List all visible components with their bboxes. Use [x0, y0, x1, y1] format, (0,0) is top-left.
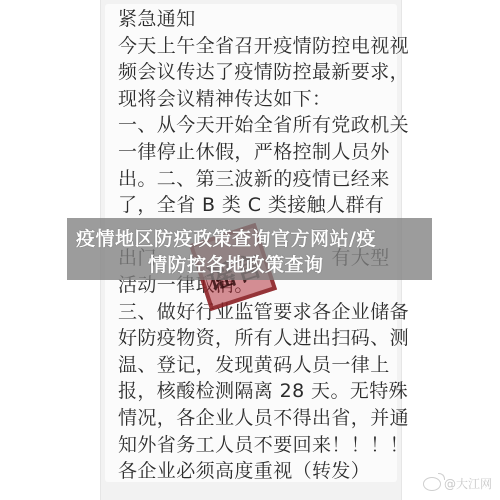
headline-line-2: 情防控各地政策查询	[148, 250, 324, 277]
notice-line: 情况，各企业人员不得出省，并通	[118, 405, 398, 432]
screenshot-stage: 紧急通知 今天上午全省召开疫情防控电视视 频会议传达了疫情防控最新要求， 现将会…	[0, 0, 500, 500]
notice-line: 知外省务工人员不要回来！！！！	[118, 432, 398, 459]
headline-line-1: 疫情地区防疫政策查询官方网站/疫	[76, 224, 376, 251]
notice-line: 现将会议精神传达如下：	[118, 86, 398, 113]
notice-line: 好防疫物资，所有人进出扫码、测	[118, 325, 398, 352]
notice-line: 报，核酸检测隔离 28 天。无特殊	[118, 378, 398, 405]
notice-title: 紧急通知	[118, 6, 398, 33]
watermark-text: @大江网	[444, 475, 492, 492]
weibo-icon	[423, 477, 441, 491]
notice-line: 频会议传达了疫情防控最新要求，	[118, 59, 398, 86]
notice-line: 一律停止休假，严格控制人员外	[118, 139, 398, 166]
notice-line: 出。二、第三波新的疫情已经来	[118, 166, 398, 193]
source-watermark: @大江网	[423, 475, 492, 492]
notice-line: 温、登记，发现黄码人员一律上	[118, 352, 398, 379]
notice-line: 今天上午全省召开疫情防控电视视	[118, 33, 398, 60]
notice-line: 一、从今天开始全省所有党政机关	[118, 112, 398, 139]
notice-line: 各企业必须高度重视（转发）	[118, 458, 398, 485]
headline-banner: 疫情地区防疫政策查询官方网站/疫 情防控各地政策查询	[67, 218, 432, 280]
